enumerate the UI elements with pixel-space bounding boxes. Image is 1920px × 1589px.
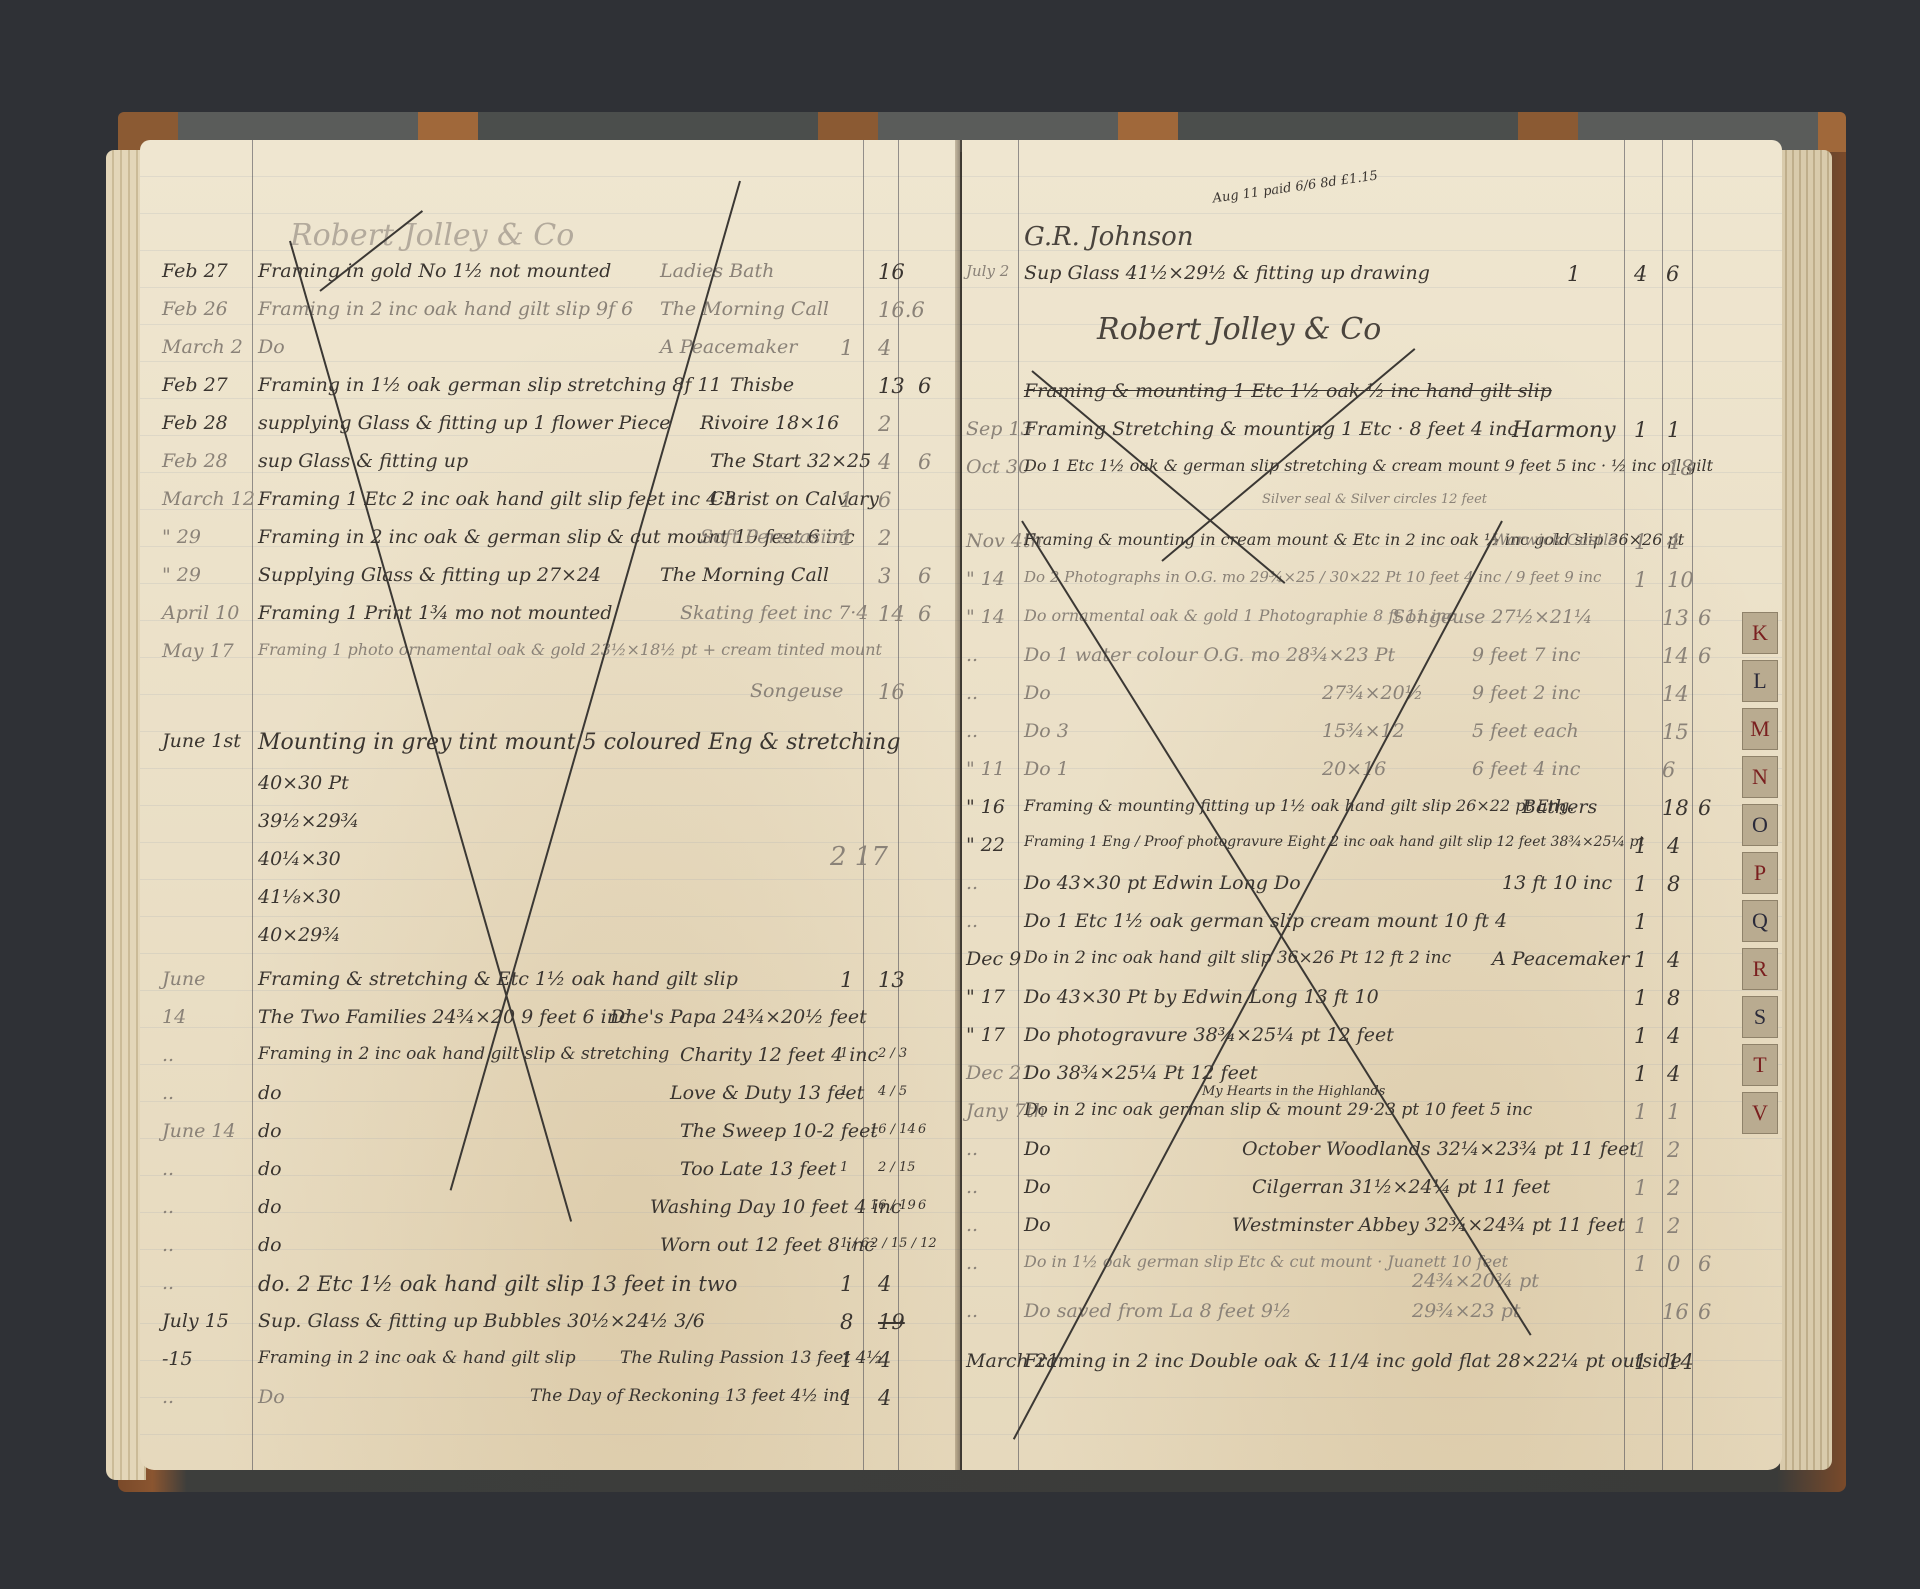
entry-pounds: 1 bbox=[840, 1084, 848, 1099]
entry-title: Too Late 13 feet bbox=[680, 1158, 836, 1180]
entry-title: Soft Persuasion bbox=[700, 526, 850, 548]
entry-shillings: 16.6 bbox=[878, 298, 925, 322]
entry-description: Do bbox=[1024, 1176, 1051, 1198]
entry-date: " 14 bbox=[966, 568, 1005, 590]
entry-description: Do 1 water colour O.G. mo 28¾×23 Pt bbox=[1024, 644, 1395, 666]
entry-pounds: 1 bbox=[1634, 1176, 1647, 1200]
entry-date: Oct 30 bbox=[966, 456, 1030, 478]
entry-shillings: 4 bbox=[878, 336, 891, 360]
entry-date: Feb 27 bbox=[162, 260, 228, 282]
entry-description: Framing 1 photo ornamental oak & gold 23… bbox=[258, 640, 882, 659]
entry-description: Framing & mounting fitting up 1½ oak han… bbox=[1024, 796, 1574, 815]
date-column-rule bbox=[1018, 140, 1019, 1470]
entry-date: July 15 bbox=[162, 1310, 229, 1332]
pounds-column-rule bbox=[863, 140, 864, 1470]
entry-pounds: 1 bbox=[1634, 1252, 1647, 1276]
entry-shillings: 18 bbox=[1667, 456, 1694, 480]
entry-pounds: 1 bbox=[1634, 530, 1647, 554]
index-tab[interactable]: S bbox=[1742, 996, 1778, 1038]
entry-title: 6 feet 4 inc bbox=[1472, 758, 1580, 780]
entry-date: .. bbox=[162, 1158, 174, 1180]
entry-shillings: 8 bbox=[1667, 872, 1680, 896]
entry-date: .. bbox=[966, 1214, 978, 1236]
entry-title: Thisbe bbox=[730, 374, 794, 396]
entry-description: supplying Glass & fitting up 1 flower Pi… bbox=[258, 412, 670, 434]
entry-pence: 6 bbox=[1698, 1300, 1711, 1324]
entry-shillings: 16 / 14 bbox=[870, 1122, 916, 1137]
entry-pence: 6 bbox=[918, 564, 931, 588]
entry-pounds: 1 bbox=[840, 488, 853, 512]
entry-description: do bbox=[258, 1234, 282, 1256]
entry-title: My Hearts in the Highlands bbox=[1202, 1084, 1385, 1099]
entry-date: .. bbox=[162, 1234, 174, 1256]
entry-pence: 6 bbox=[1698, 1252, 1711, 1276]
entry-pence: 6 bbox=[918, 450, 931, 474]
entry-title: Harmony bbox=[1512, 418, 1616, 443]
cross-out-stroke bbox=[450, 181, 741, 1191]
entry-shillings: 8 bbox=[1667, 986, 1680, 1010]
entry-date: .. bbox=[162, 1044, 174, 1066]
entry-shillings: 13 bbox=[1662, 606, 1689, 630]
size-item: 40¼×30 bbox=[258, 848, 341, 870]
entry-description: do bbox=[258, 1120, 282, 1142]
entry-description: Framing in 2 inc oak hand gilt slip & st… bbox=[258, 1044, 669, 1064]
right-ledger-page: Aug 11 paid 6/6 8d £1.15 G.R. Johnson Ju… bbox=[962, 140, 1782, 1470]
entry-description: The Two Families 24¾×20 9 feet 6 inc bbox=[258, 1006, 630, 1028]
entry-date: .. bbox=[966, 872, 978, 894]
entry-pounds: 1 bbox=[1634, 1350, 1647, 1374]
entry-shillings: 4 / 5 bbox=[878, 1084, 907, 1099]
entry-shillings: 14 bbox=[1662, 682, 1689, 706]
entry-date: " 29 bbox=[162, 526, 201, 548]
entry-size: 20×16 bbox=[1322, 758, 1386, 780]
cross-out-stroke bbox=[1031, 370, 1285, 584]
entry-shillings: 1 bbox=[1667, 418, 1680, 442]
entry-pounds: 1 bbox=[1634, 568, 1647, 592]
entry-date: May 17 bbox=[162, 640, 234, 662]
entry-shillings: 6 bbox=[878, 488, 891, 512]
entry-pounds: 1 bbox=[840, 336, 853, 360]
left-ledger-page: Robert Jolley & Co Feb 27 Framing in gol… bbox=[140, 140, 960, 1470]
entry-date: Feb 28 bbox=[162, 450, 228, 472]
entry-shillings: 14 bbox=[1662, 644, 1689, 668]
entry-date: Feb 28 bbox=[162, 412, 228, 434]
entry-date: Feb 26 bbox=[162, 298, 228, 320]
entry-date: Feb 27 bbox=[162, 374, 228, 396]
index-tab[interactable]: Q bbox=[1742, 900, 1778, 942]
entry-shillings: 1 bbox=[1667, 1100, 1680, 1124]
entry-shillings: 18 bbox=[1662, 796, 1689, 820]
entry-description: Sup Glass 41½×29½ & fitting up drawing bbox=[1024, 262, 1430, 284]
entry-title: 5 feet each bbox=[1472, 720, 1579, 742]
shillings-column-rule bbox=[898, 140, 899, 1470]
entry-date: 14 bbox=[162, 1006, 186, 1028]
entry-shillings: 14 bbox=[1667, 1350, 1694, 1374]
entry-date: .. bbox=[966, 644, 978, 666]
index-tab[interactable]: T bbox=[1742, 1044, 1778, 1086]
right-page-stack bbox=[1780, 150, 1832, 1470]
entry-date: June bbox=[162, 968, 205, 990]
entry-date: " 29 bbox=[162, 564, 201, 586]
entry-title: A Peacemaker bbox=[1492, 948, 1629, 970]
entry-date: " 17 bbox=[966, 986, 1005, 1008]
entry-shillings: 4 bbox=[1667, 948, 1680, 972]
entry-pounds: 1 bbox=[1634, 1024, 1647, 1048]
entry-description: Do 3 bbox=[1024, 720, 1069, 742]
entry-pounds: 1 / 6 bbox=[840, 1236, 869, 1251]
entry-title: Songeuse bbox=[750, 680, 843, 702]
entry-date: .. bbox=[966, 1176, 978, 1198]
entry-description: Do bbox=[1024, 1214, 1051, 1236]
entry-description: Do bbox=[258, 1386, 285, 1408]
pounds-column-rule bbox=[1624, 140, 1625, 1470]
entry-title: Christ on Calvary bbox=[710, 488, 879, 510]
entry-pounds: 1 bbox=[840, 1160, 848, 1175]
entry-pence: 6 bbox=[1698, 606, 1711, 630]
entry-date: July 2 bbox=[966, 262, 1009, 280]
entry-date: .. bbox=[966, 1138, 978, 1160]
entry-date: " 17 bbox=[966, 1024, 1005, 1046]
entry-shillings: 2 / 15 / 12 bbox=[870, 1236, 937, 1251]
entry-date: " 16 bbox=[966, 796, 1005, 818]
entry-date: March 2 bbox=[162, 336, 243, 358]
entry-description: Do in 2 inc oak hand gilt slip 36×26 Pt … bbox=[1024, 948, 1451, 968]
entry-pounds: 1 bbox=[1634, 948, 1647, 972]
entry-shillings: 14 bbox=[878, 602, 905, 626]
entry-title: 13 ft 10 inc bbox=[1502, 872, 1612, 894]
entry-size: 24¾×20¾ pt bbox=[1412, 1270, 1539, 1292]
entry-date: .. bbox=[966, 910, 978, 932]
entry-shillings: 4 bbox=[878, 1272, 891, 1296]
entry-date: .. bbox=[162, 1082, 174, 1104]
entry-description: do bbox=[258, 1158, 282, 1180]
customer-name: G.R. Johnson bbox=[1024, 222, 1194, 252]
entry-shillings: 4 bbox=[1634, 262, 1647, 286]
entry-description: Sup. Glass & fitting up Bubbles 30½×24½ … bbox=[258, 1310, 705, 1332]
entry-pounds: 1 bbox=[840, 1348, 853, 1372]
entry-pounds: 1 bbox=[1634, 910, 1647, 934]
entry-shillings: 4 bbox=[878, 450, 891, 474]
entry-description: Supplying Glass & fitting up 27×24 bbox=[258, 564, 601, 586]
entry-shillings: 2 / 3 bbox=[878, 1046, 907, 1061]
entry-date: -15 bbox=[162, 1348, 193, 1370]
entry-date: " 14 bbox=[966, 606, 1005, 628]
entry-description: Do 1 Etc 1½ oak & german slip stretching… bbox=[1024, 456, 1713, 475]
entry-title: Washing Day 10 feet 4 inc bbox=[650, 1196, 902, 1218]
right-page-heading: Robert Jolley & Co bbox=[1097, 312, 1381, 347]
entry-description: Do bbox=[1024, 1138, 1051, 1160]
entry-description: Framing Stretching & mounting 1 Etc · 8 … bbox=[1024, 418, 1518, 440]
entry-description: sup Glass & fitting up bbox=[258, 450, 468, 472]
entry-shillings: 2 / 15 bbox=[878, 1160, 915, 1175]
entry-size: 29¾×23 pt bbox=[1412, 1300, 1521, 1322]
alphabet-index-tabs: K L M N O P Q R S T V bbox=[1742, 612, 1782, 1140]
index-tab[interactable]: R bbox=[1742, 948, 1778, 990]
entry-date: .. bbox=[966, 682, 978, 704]
entry-date: June 1st bbox=[162, 730, 241, 752]
entry-date: .. bbox=[966, 720, 978, 742]
entry-title: The Sweep 10-2 feet bbox=[680, 1120, 878, 1142]
entry-pounds: 1 bbox=[1634, 1214, 1647, 1238]
entry-title: The Morning Call bbox=[660, 298, 829, 320]
entry-shillings: 6 bbox=[1662, 758, 1675, 782]
entry-pounds: 1 bbox=[840, 968, 853, 992]
entry-pence: 6 bbox=[918, 602, 931, 626]
entry-description: Do in 2 inc oak german slip & mount 29·2… bbox=[1024, 1100, 1532, 1120]
entry-description: Do 1 bbox=[1024, 758, 1069, 780]
entry-date: .. bbox=[162, 1196, 174, 1218]
entry-description: Do in 1½ oak german slip Etc & cut mount… bbox=[1024, 1252, 1508, 1271]
entry-shillings: 16 bbox=[878, 680, 905, 704]
entry-title: Charity 12 feet 4 inc bbox=[680, 1044, 878, 1066]
entry-date: .. bbox=[162, 1386, 174, 1408]
entry-shillings: 2 bbox=[878, 526, 891, 550]
size-item: 41⅛×30 bbox=[258, 886, 341, 908]
entry-date: Sep 13 bbox=[966, 418, 1033, 440]
entry-title: Love & Duty 13 feet bbox=[670, 1082, 864, 1104]
entry-title: Rivoire 18×16 bbox=[700, 412, 839, 434]
entry-description: do. 2 Etc 1½ oak hand gilt slip 13 feet … bbox=[258, 1272, 737, 1296]
entry-description: Do ornamental oak & gold 1 Photographie … bbox=[1024, 606, 1456, 625]
entry-description: Framing & mounting 1 Etc 1½ oak ½ inc ha… bbox=[1024, 380, 1552, 402]
date-column-rule bbox=[252, 140, 253, 1470]
entry-shillings: 13 bbox=[878, 374, 905, 398]
entry-description: Do saved from La 8 feet 9½ bbox=[1024, 1300, 1291, 1322]
entry-pounds: 1 bbox=[1634, 1100, 1647, 1124]
entry-shillings: 3 bbox=[878, 564, 891, 588]
entry-shillings: 10 bbox=[1667, 568, 1694, 592]
entry-date: June 14 bbox=[162, 1120, 236, 1142]
entry-date: .. bbox=[162, 1272, 174, 1294]
entry-pence: 6 bbox=[918, 1198, 926, 1213]
index-tab[interactable]: N bbox=[1742, 756, 1778, 798]
entry-description: Do 43×30 pt Edwin Long Do bbox=[1024, 872, 1301, 894]
entry-pounds: 1 bbox=[840, 1386, 853, 1410]
entry-title: Cilgerran 31½×24¼ pt 11 feet bbox=[1252, 1176, 1550, 1198]
entry-title: The Day of Reckoning 13 feet 4½ inc bbox=[530, 1386, 849, 1406]
entry-description: do bbox=[258, 1082, 282, 1104]
entry-pounds: 1 bbox=[1634, 1062, 1647, 1086]
entry-pounds: 1 bbox=[840, 1046, 848, 1061]
entry-date: April 10 bbox=[162, 602, 239, 624]
entry-title: The Start 32×25 bbox=[710, 450, 871, 472]
entry-date: March 12 bbox=[162, 488, 255, 510]
entry-pounds: 1 bbox=[1634, 418, 1647, 442]
entry-shillings: 15 bbox=[1662, 720, 1689, 744]
entry-pounds: 1 bbox=[840, 1272, 853, 1296]
entry-shillings: 4 bbox=[1667, 1062, 1680, 1086]
index-tab[interactable]: M bbox=[1742, 708, 1778, 750]
entry-shillings: 16 bbox=[878, 260, 905, 284]
entry-date: .. bbox=[966, 1300, 978, 1322]
index-tab[interactable]: V bbox=[1742, 1092, 1778, 1134]
entry-pounds: 1 bbox=[1634, 986, 1647, 1010]
index-tab[interactable]: P bbox=[1742, 852, 1778, 894]
pence-column-rule bbox=[1692, 140, 1693, 1470]
entry-pounds: 1 bbox=[840, 526, 853, 550]
entry-shillings: 4 bbox=[1667, 1024, 1680, 1048]
entry-pounds: 1 bbox=[1634, 834, 1647, 858]
entry-description: do bbox=[258, 1196, 282, 1218]
entry-shillings: 4 bbox=[1667, 530, 1680, 554]
entry-title: October Woodlands 32¼×23¾ pt 11 feet bbox=[1242, 1138, 1637, 1160]
entry-pounds: 8 bbox=[840, 1310, 853, 1334]
entry-description: Framing in 2 inc oak & hand gilt slip bbox=[258, 1348, 576, 1368]
entry-pence: 6 bbox=[1666, 262, 1679, 286]
index-tab[interactable]: K bbox=[1742, 612, 1778, 654]
entry-title: Dhe's Papa 24¾×20½ feet bbox=[610, 1006, 867, 1028]
entry-shillings: 0 bbox=[1667, 1252, 1680, 1276]
entry-description: Do 38¾×25¼ Pt 12 feet bbox=[1024, 1062, 1258, 1084]
entry-pence: 6 bbox=[918, 1122, 926, 1137]
payment-note: Aug 11 paid 6/6 8d £1.15 bbox=[1212, 168, 1379, 206]
entry-description: Do bbox=[258, 336, 285, 358]
entry-title: The Morning Call bbox=[660, 564, 829, 586]
entry-title: Songeuse 27½×21¼ bbox=[1392, 606, 1592, 628]
entry-shillings: 4 bbox=[878, 1386, 891, 1410]
entry-description: Do bbox=[1024, 682, 1051, 704]
entry-shillings: 4 bbox=[1667, 834, 1680, 858]
index-tab[interactable]: L bbox=[1742, 660, 1778, 702]
size-item: 40×29¾ bbox=[258, 924, 341, 946]
entry-description: Framing 1 Etc 2 inc oak hand gilt slip f… bbox=[258, 488, 736, 510]
entry-shillings: 4 bbox=[878, 1348, 891, 1372]
entry-title: 9 feet 2 inc bbox=[1472, 682, 1580, 704]
left-page-heading: Robert Jolley & Co bbox=[290, 218, 574, 253]
entry-title: Skating feet inc 7·4 bbox=[680, 602, 868, 624]
entry-pounds: 1 bbox=[1567, 262, 1580, 286]
entry-date: .. bbox=[966, 1252, 978, 1274]
entry-title: Bathers bbox=[1522, 796, 1597, 818]
entry-shillings: 16 bbox=[1662, 1300, 1689, 1324]
entry-date: " 11 bbox=[966, 758, 1005, 780]
entry-description: Framing 1 Print 1¾ mo not mounted bbox=[258, 602, 612, 624]
entry-description: Framing in 2 inc Double oak & 11/4 inc g… bbox=[1024, 1350, 1682, 1372]
entry-shillings: 2 bbox=[1667, 1176, 1680, 1200]
entry-pounds: 1 bbox=[1634, 872, 1647, 896]
entry-title: A Peacemaker bbox=[660, 336, 797, 358]
entry-date: " 22 bbox=[966, 834, 1005, 856]
size-item: 39½×29¾ bbox=[258, 810, 359, 832]
entry-shillings: 13 bbox=[878, 968, 905, 992]
entry-pence: 6 bbox=[1698, 796, 1711, 820]
entry-pounds: 1 bbox=[1634, 1138, 1647, 1162]
entry-title: Westminster Abbey 32¾×24¾ pt 11 feet bbox=[1232, 1214, 1625, 1236]
entry-description: Do 2 Photographs in O.G. mo 29¾×25 / 30×… bbox=[1024, 568, 1601, 586]
entry-shillings: 16 / 19 bbox=[870, 1198, 916, 1213]
entry-shillings: 2 bbox=[1667, 1138, 1680, 1162]
size-item: 40×30 Pt bbox=[258, 772, 349, 794]
entry-description: Framing in gold No 1½ not mounted bbox=[258, 260, 611, 282]
entry-pence: 6 bbox=[918, 374, 931, 398]
entry-date: Dec 9 bbox=[966, 948, 1021, 970]
entry-shillings: 2 bbox=[1667, 1214, 1680, 1238]
entry-pence: 6 bbox=[1698, 644, 1711, 668]
entry-note: Silver seal & Silver circles 12 feet bbox=[1262, 492, 1487, 507]
entry-description: Framing in 2 inc oak hand gilt slip 9f 6 bbox=[258, 298, 633, 320]
entry-shillings: 2 bbox=[878, 412, 891, 436]
index-tab[interactable]: O bbox=[1742, 804, 1778, 846]
entry-title: 9 feet 7 inc bbox=[1472, 644, 1580, 666]
entry-shillings: 19 bbox=[878, 1310, 905, 1334]
bracket-total: 2 17 bbox=[830, 842, 888, 872]
entry-title: Warwick Castle bbox=[1492, 530, 1618, 549]
